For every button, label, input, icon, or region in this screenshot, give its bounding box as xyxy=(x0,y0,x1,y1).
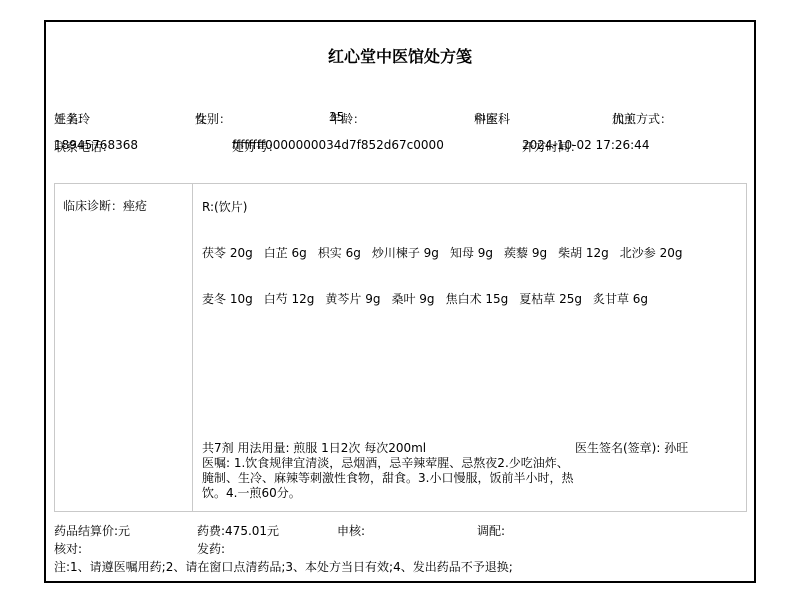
settlement-price-value: 元 xyxy=(118,524,130,538)
footer-note: 注:1、请遵医嘱用药;2、请在窗口点清药品;3、本处方当日有效;4、发出药品不予… xyxy=(54,558,513,575)
herb-list-line1: 茯苓 20g白芷 6g枳实 6g炒川楝子 9g知母 9g蒺藜 9g柴胡 12g北… xyxy=(202,244,694,261)
doctor-signature-label: 医生签名(签章): xyxy=(575,441,664,455)
patient-gender-value: 女 xyxy=(195,110,207,127)
compounding-field: 调配: xyxy=(477,522,505,539)
medicine-fee-field: 药费:475.01元 xyxy=(197,522,279,539)
diagnosis-cell: 临床诊断：痤疮 xyxy=(55,184,193,511)
usage-instructions: 共7剂 用法用量: 煎服 1日2次 每次200ml xyxy=(202,439,426,456)
herb-item: 北沙参 20g xyxy=(620,246,683,260)
prescription-sheet: 红心堂中医馆处方笺 姓名：王美玲 性别：女 年龄：35 科室：中医科 加工方式：… xyxy=(44,20,756,583)
issue-time-value: 2024-10-02 17:26:44 xyxy=(522,138,649,152)
herb-item: 麦冬 10g xyxy=(202,292,253,306)
herb-item: 柴胡 12g xyxy=(558,246,609,260)
processing-method-value: 代煎 xyxy=(612,110,636,127)
dispensing-field: 发药: xyxy=(197,540,225,557)
patient-name-value: 王美玲 xyxy=(54,110,90,127)
diagnosis-label: 临床诊断： xyxy=(63,199,123,213)
phone-value: 18945768368 xyxy=(54,138,138,152)
prescription-table: 临床诊断：痤疮 R:(饮片) 茯苓 20g白芷 6g枳实 6g炒川楝子 9g知母… xyxy=(54,183,747,512)
herb-item: 茯苓 20g xyxy=(202,246,253,260)
herb-item: 枳实 6g xyxy=(318,246,361,260)
herb-list-line2: 麦冬 10g白芍 12g黄芩片 9g桑叶 9g焦白术 15g夏枯草 25g炙甘草… xyxy=(202,290,659,307)
rx-header: R:(饮片) xyxy=(202,198,247,215)
herb-item: 知母 9g xyxy=(450,246,493,260)
herb-item: 焦白术 15g xyxy=(446,292,509,306)
herb-item: 白芷 6g xyxy=(264,246,307,260)
page-title: 红心堂中医馆处方笺 xyxy=(46,44,754,67)
prescription-number-value: ffffffff0000000034d7f852d67c0000 xyxy=(232,138,444,152)
herb-item: 桑叶 9g xyxy=(391,292,434,306)
settlement-price-field: 药品结算价:元 xyxy=(54,522,130,539)
herb-item: 白芍 12g xyxy=(264,292,315,306)
medicine-fee-label: 药费: xyxy=(197,524,225,538)
herb-item: 黄芩片 9g xyxy=(325,292,380,306)
diagnosis-value: 痤疮 xyxy=(123,199,147,213)
medical-advice: 医嘱: 1.饮食规律宜清淡，忌烟酒，忌辛辣荤腥、忌熬夜2.少吃油炸、腌制、生冷、… xyxy=(202,456,576,501)
doctor-signature-value: 孙旺 xyxy=(664,441,688,455)
review-field: 申核: xyxy=(337,522,365,539)
medicine-fee-value: 475.01元 xyxy=(225,524,279,538)
settlement-price-label: 药品结算价: xyxy=(54,524,118,538)
prescription-cell: R:(饮片) 茯苓 20g白芷 6g枳实 6g炒川楝子 9g知母 9g蒺藜 9g… xyxy=(194,184,746,511)
verification-field: 核对: xyxy=(54,540,82,557)
doctor-signature-field: 医生签名(签章): 孙旺 xyxy=(575,439,688,456)
herb-item: 炒川楝子 9g xyxy=(372,246,439,260)
herb-item: 夏枯草 25g xyxy=(519,292,582,306)
department-value: 中医科 xyxy=(474,110,510,127)
herb-item: 蒺藜 9g xyxy=(504,246,547,260)
patient-age-value: 35 xyxy=(329,110,344,124)
herb-item: 炙甘草 6g xyxy=(593,292,648,306)
